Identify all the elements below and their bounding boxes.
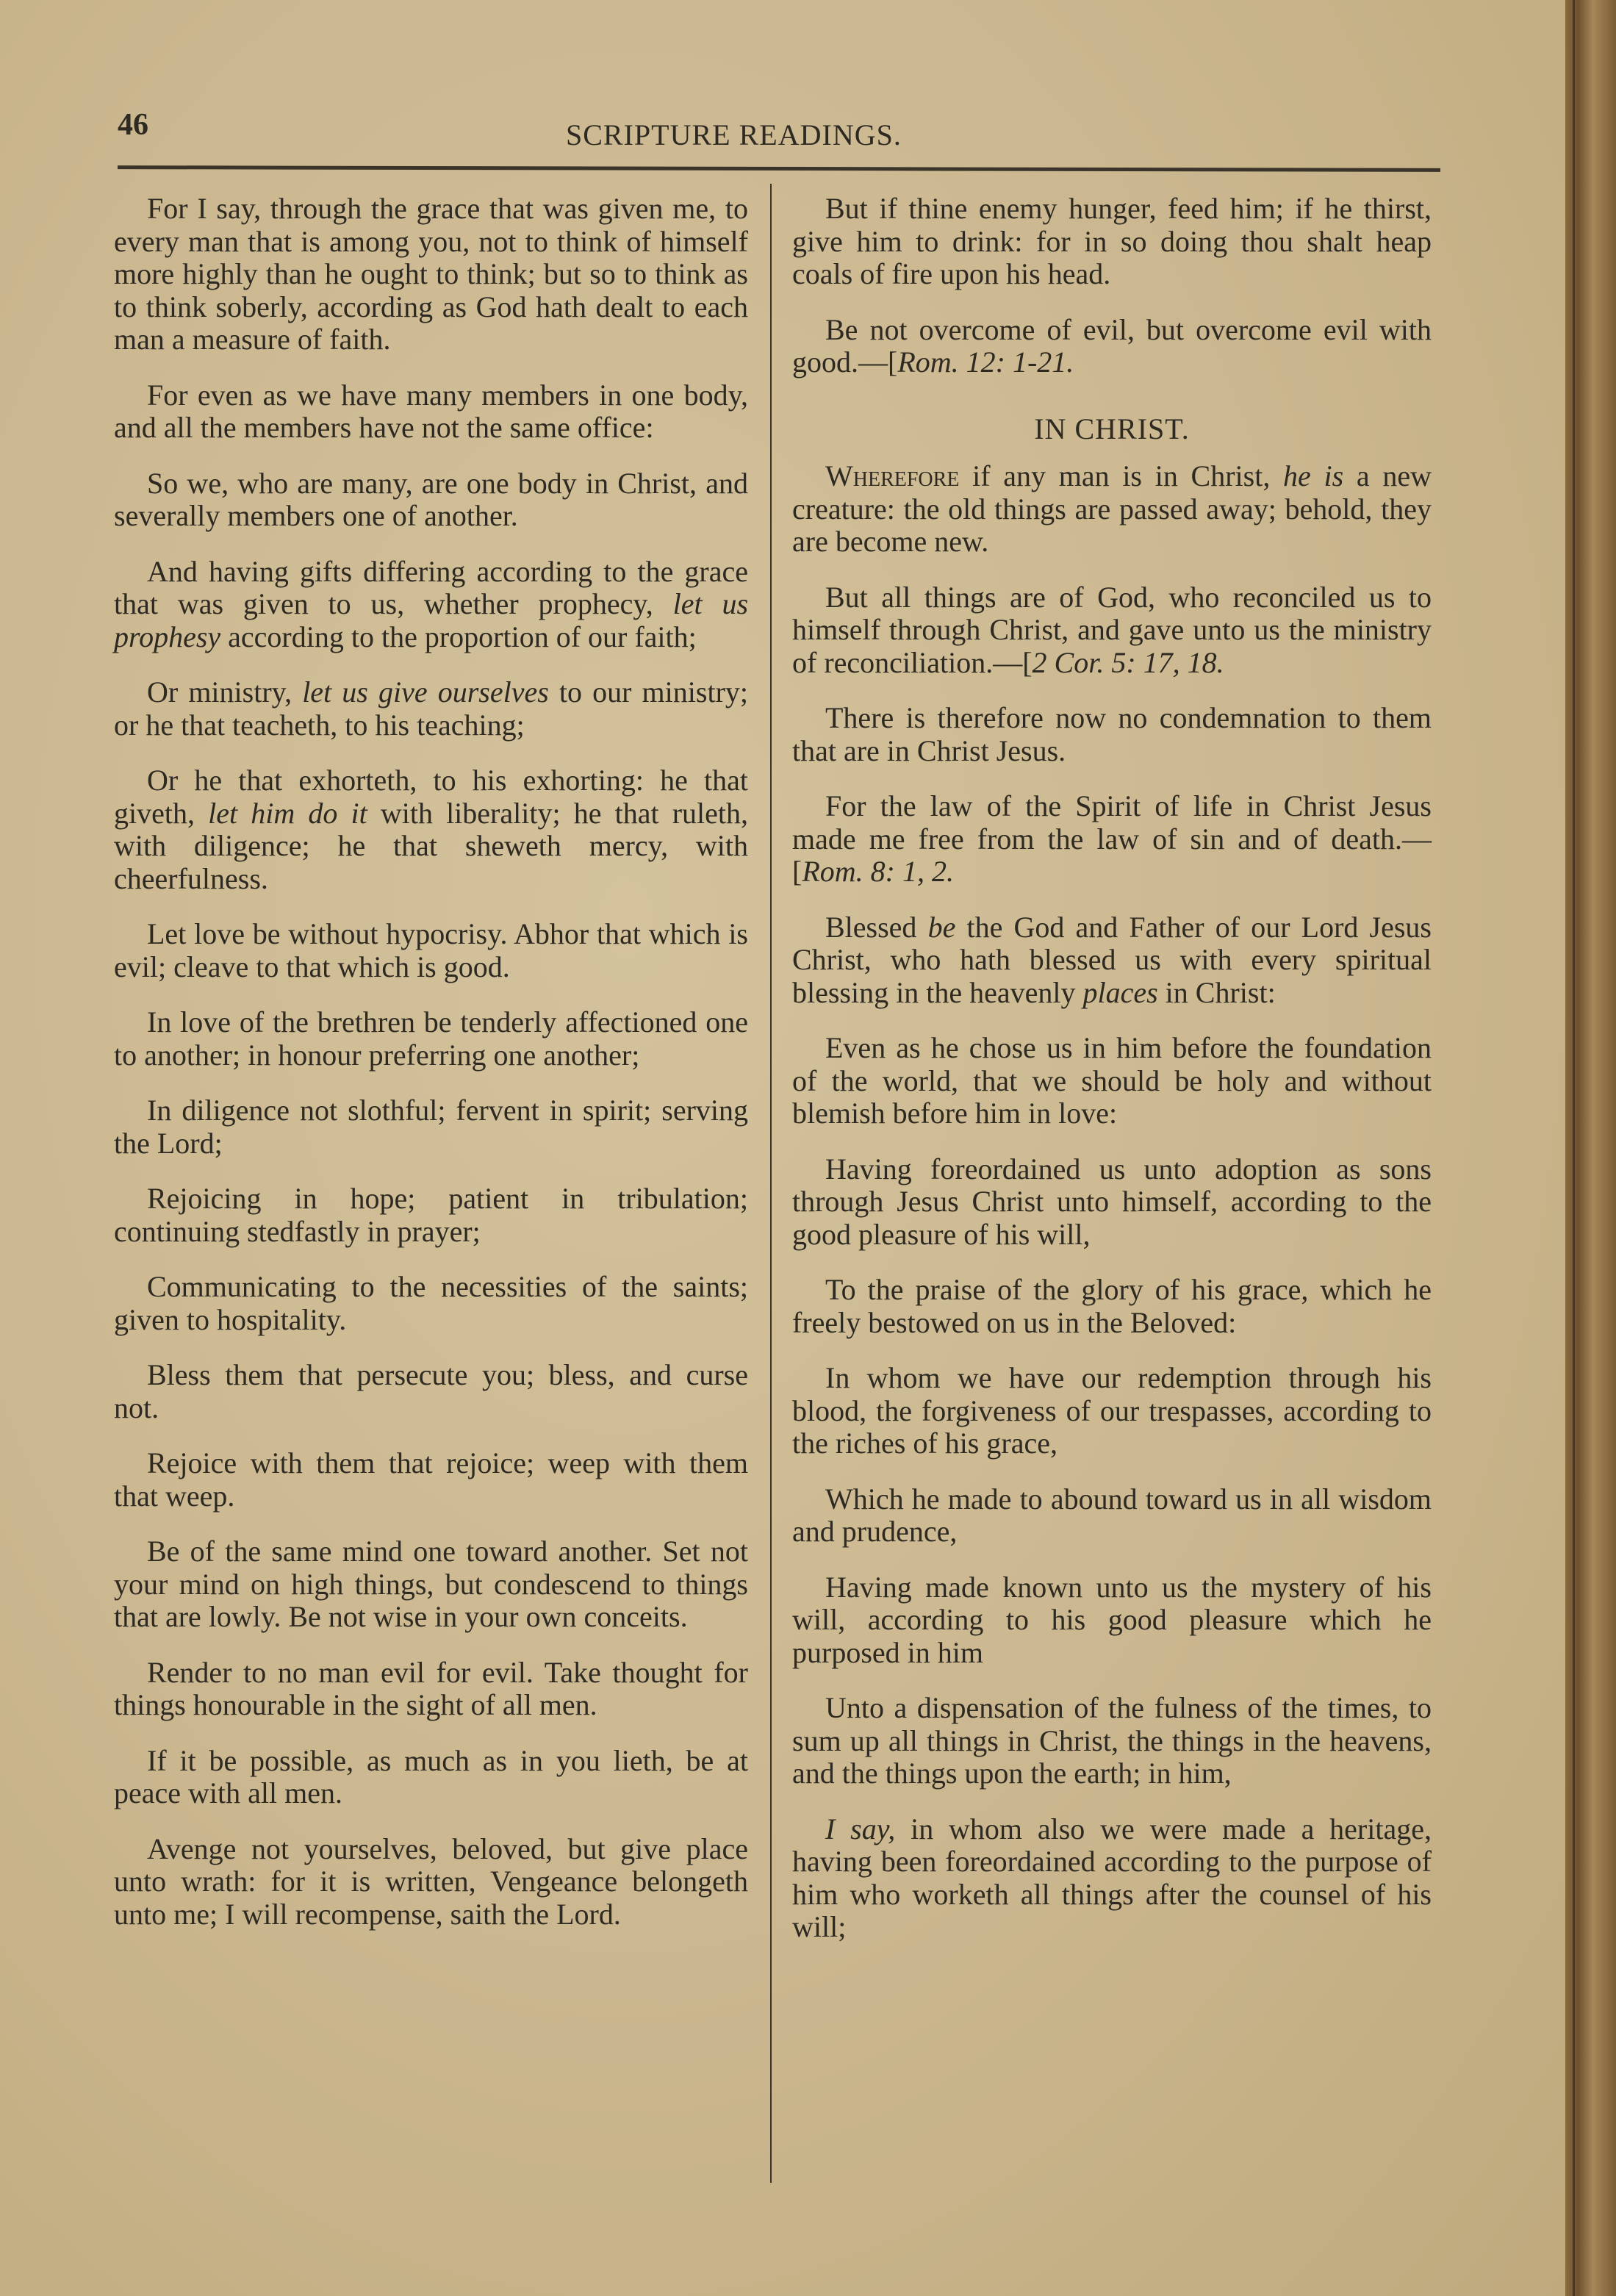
verse-paragraph: In love of the brethren be tenderly affe… — [114, 1006, 748, 1072]
verse-paragraph: For the law of the Spirit of life in Chr… — [792, 790, 1432, 889]
section-heading: IN CHRIST. — [792, 413, 1432, 446]
verse-paragraph: Or ministry, let us give ourselves to ou… — [114, 676, 748, 742]
left-column: For I say, through the grace that was gi… — [114, 193, 748, 1954]
verse-paragraph: Even as he chose us in him before the fo… — [792, 1032, 1432, 1130]
verse-paragraph: Let love be without hypocrisy. Abhor tha… — [114, 918, 748, 983]
verse-paragraph: Rejoice with them that rejoice; weep wit… — [114, 1447, 748, 1513]
page-header: 46 SCRIPTURE READINGS. — [118, 103, 1440, 162]
verse-paragraph: If it be possible, as much as in you lie… — [114, 1745, 748, 1810]
italic-text: be — [928, 911, 956, 944]
italic-text: I say, — [825, 1812, 895, 1845]
verse-paragraph: But all things are of God, who reconcile… — [792, 581, 1432, 680]
verse-paragraph: Or he that exhorteth, to his exhorting: … — [114, 764, 748, 895]
verse-paragraph: For I say, through the grace that was gi… — [114, 193, 748, 356]
verse-paragraph: But if thine enemy hunger, feed him; if … — [792, 193, 1432, 291]
italic-text: let us give ourselves — [302, 675, 549, 708]
scripture-reference: Rom. 12: 1-21. — [897, 345, 1074, 379]
verse-paragraph: To the praise of the glory of his grace,… — [792, 1274, 1432, 1339]
verse-paragraph: Bless them that persecute you; bless, an… — [114, 1359, 748, 1424]
verse-paragraph: Which he made to abound toward us in all… — [792, 1483, 1432, 1549]
book-binding-edge — [1565, 0, 1616, 2296]
verse-paragraph: Blessed be the God and Father of our Lor… — [792, 911, 1432, 1010]
verse-paragraph: Avenge not yourselves, beloved, but give… — [114, 1833, 748, 1931]
verse-paragraph: For even as we have many members in one … — [114, 379, 748, 445]
running-title: SCRIPTURE READINGS. — [566, 118, 902, 152]
italic-text: he is — [1283, 459, 1343, 492]
verse-paragraph: Render to no man evil for evil. Take tho… — [114, 1657, 748, 1722]
verse-paragraph: And having gifts differing according to … — [114, 556, 748, 654]
verse-paragraph: Having made known unto us the mystery of… — [792, 1571, 1432, 1670]
verse-paragraph: Having foreordained us unto adoption as … — [792, 1153, 1432, 1252]
book-page: 46 SCRIPTURE READINGS. For I say, throug… — [0, 0, 1565, 2296]
verse-paragraph: So we, who are many, are one body in Chr… — [114, 467, 748, 533]
italic-text: places — [1082, 976, 1157, 1009]
smallcaps-lead: Wherefore — [825, 459, 959, 492]
scripture-reference: Rom. 8: 1, 2. — [802, 855, 954, 888]
verse-paragraph: Rejoicing in hope; patient in tribulatio… — [114, 1183, 748, 1248]
verse-paragraph: Be of the same mind one toward another. … — [114, 1535, 748, 1634]
italic-text: let him do it — [208, 797, 367, 830]
scripture-reference: 2 Cor. 5: 17, 18. — [1033, 646, 1224, 679]
verse-paragraph: There is therefore now no condemnation t… — [792, 702, 1432, 767]
header-rule — [118, 165, 1440, 172]
right-column: But if thine enemy hunger, feed him; if … — [792, 193, 1432, 1967]
page-number: 46 — [118, 107, 148, 143]
verse-paragraph: Wherefore if any man is in Christ, he is… — [792, 460, 1432, 559]
verse-paragraph: Communicating to the necessities of the … — [114, 1271, 748, 1336]
verse-paragraph: In whom we have our redemption through h… — [792, 1362, 1432, 1460]
verse-paragraph: Be not overcome of evil, but overcome ev… — [792, 314, 1432, 379]
column-divider — [770, 184, 772, 2183]
verse-paragraph: Unto a dispensation of the fulness of th… — [792, 1692, 1432, 1790]
verse-paragraph: I say, in whom also we were made a herit… — [792, 1813, 1432, 1944]
verse-paragraph: In diligence not slothful; fervent in sp… — [114, 1094, 748, 1160]
